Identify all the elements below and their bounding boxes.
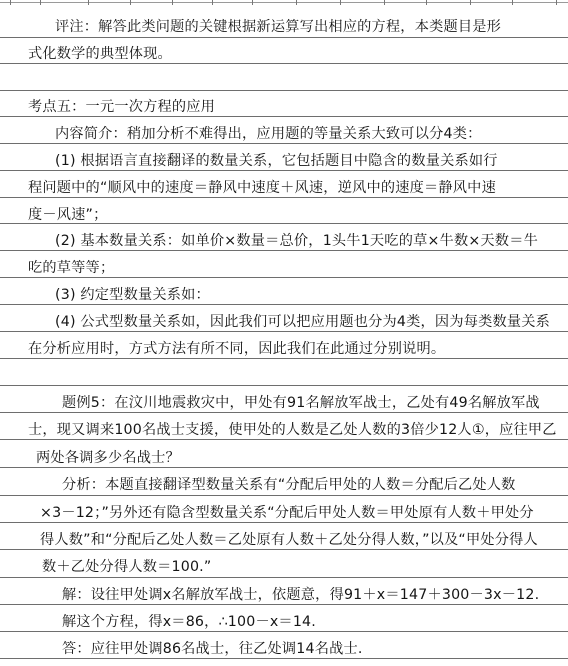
text-line-l17: ×3－12；”另外还有隐含型数量关系“分配后甲处人数＝甲处原有人数＋甲处分 (0, 503, 568, 523)
text-line-l10: (3) 约定型数量关系如： (0, 285, 568, 305)
text-line-l21: 解这个方程，得x＝86，∴100－x＝14. (0, 612, 568, 632)
text-line-l20: 解：设往甲处调x名解放军战士，依题意，得91＋x＝147＋300－3x－12. (0, 585, 568, 605)
tick-mark (470, 0, 471, 5)
tick-mark (88, 0, 89, 5)
text-line-l3: 考点五：一元一次方程的应用 (0, 97, 568, 117)
top-border-rule (0, 2, 568, 3)
tick-mark (212, 0, 213, 5)
text-line-l18: 得人数”和“分配后乙处人数＝乙处原有人数＋乙处分得人数，”以及“甲处分得人 (0, 530, 568, 550)
tick-mark (40, 0, 41, 5)
text-line-l14: 士，现又调来100名战士支援，使甲处的人数是乙处人数的3倍少12人①，应往甲乙 (0, 420, 568, 440)
text-line-l16: 分析：本题直接翻译型数量关系有“分配后甲处的人数＝分配后乙处人数 (0, 475, 568, 495)
text-line-l9: 吃的草等等； (0, 258, 568, 278)
handwritten-notes-page: 评注：解答此类问题的关键根据新运算写出相应的方程，本类题目是形式化数学的典型体现… (0, 0, 568, 666)
text-line-l5: (1) 根据语言直接翻译的数量关系，它包括题目中隐含的数量关系如行 (0, 151, 568, 171)
tick-mark (296, 0, 297, 5)
ruled-line (0, 90, 568, 91)
ruled-line (0, 385, 568, 386)
text-line-l1: 评注：解答此类问题的关键根据新运算写出相应的方程，本类题目是形 (0, 17, 568, 37)
tick-mark (426, 0, 427, 5)
ruled-line (0, 495, 568, 496)
text-line-l11: (4) 公式型数量关系如，因此我们可以把应用题也分为4类，因为每类数量关系 (0, 312, 568, 332)
text-line-l12: 在分析应用时，方式方法有所不同，因此我们在此通过分别说明。 (0, 339, 568, 359)
text-line-l7: 度－风速”； (0, 205, 568, 225)
tick-mark (384, 0, 385, 5)
tick-mark (340, 0, 341, 5)
tick-mark (130, 0, 131, 5)
ruled-line (0, 37, 568, 38)
text-line-l4: 内容简介：稍加分析不难得出，应用题的等量关系大致可以分4类： (0, 124, 568, 144)
text-line-l15: 两处各调多少名战士？ (0, 448, 568, 468)
tick-mark (10, 0, 11, 5)
text-line-l13: 题例5：在汶川地震救灾中，甲处有91名解放军战士，乙处有49名解放军战 (0, 393, 568, 413)
text-line-l6: 程问题中的“顺风中的速度＝静风中速度＋风速，逆风中的速度＝静风中速 (0, 178, 568, 198)
tick-mark (512, 0, 513, 5)
tick-mark (556, 0, 557, 5)
ruled-line (0, 577, 568, 578)
text-line-l22: 答：应往甲处调86名战士，往乙处调14名战士. (0, 639, 568, 659)
text-line-l2: 式化数学的典型体现。 (0, 44, 568, 64)
text-line-l8: (2) 基本数量关系：如单价×数量＝总价，1头牛1天吃的草×牛数×天数＝牛 (0, 231, 568, 251)
tick-mark (172, 0, 173, 5)
tick-mark (252, 0, 253, 5)
text-line-l19: 数＋乙处分得人数＝100.” (0, 557, 568, 577)
